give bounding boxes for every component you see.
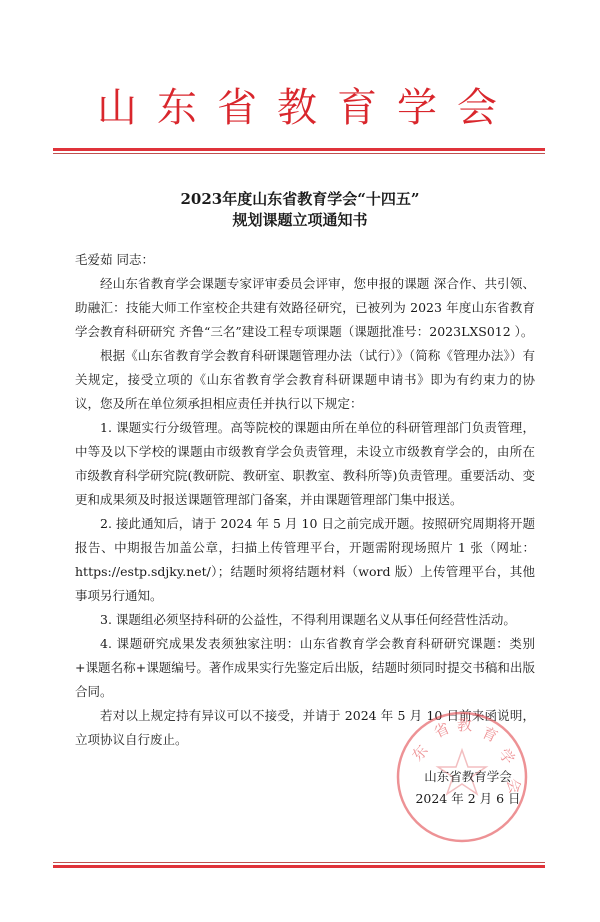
title-line-2: 规划课题立项通知书 <box>0 210 600 231</box>
rule-4-attribution: 4. 课题研究成果发表须独家注明：山东省教育学会教育科研研究课题：类别+课题名称… <box>75 632 535 704</box>
document-body: 毛爱茹 同志： 经山东省教育学会课题专家评审委员会评审，您申报的课题 深合作、共… <box>75 248 535 752</box>
title-line-1: 2023年度山东省教育学会“十四五” <box>0 189 600 210</box>
letterhead-org-name: 山东省教育学会 <box>0 88 600 128</box>
rule-2-opening: 2. 接此通知后，请于 2024 年 5 月 10 日之前完成开题。按照研究周期… <box>75 512 535 608</box>
salutation: 毛爱茹 同志： <box>75 248 535 272</box>
paragraph-approval: 经山东省教育学会课题专家评审委员会评审，您申报的课题 深合作、共引领、助融汇：技… <box>75 272 535 344</box>
svg-text:省: 省 <box>431 719 452 742</box>
letterhead-divider <box>53 148 545 154</box>
svg-text:东: 东 <box>408 741 431 764</box>
signature-org: 山东省教育学会 <box>403 766 533 788</box>
svg-text:育: 育 <box>479 723 500 746</box>
footer-divider <box>53 862 545 868</box>
rule-1-management: 1. 课题实行分级管理。高等院校的课题由所在单位的科研管理部门负责管理，中等及以… <box>75 416 535 512</box>
svg-text:学: 学 <box>495 745 518 768</box>
svg-text:教: 教 <box>457 716 472 734</box>
signature-date: 2024 年 2 月 6 日 <box>403 788 533 810</box>
signature-block: 山东省教育学会 2024 年 2 月 6 日 <box>403 766 533 810</box>
document-title: 2023年度山东省教育学会“十四五” 规划课题立项通知书 <box>0 189 600 231</box>
paragraph-regulations: 根据《山东省教育学会教育科研课题管理办法（试行）》（简称《管理办法》）有关规定，… <box>75 344 535 416</box>
rule-3-nonprofit: 3. 课题组必须坚持科研的公益性，不得利用课题名义从事任何经营性活动。 <box>75 608 535 632</box>
